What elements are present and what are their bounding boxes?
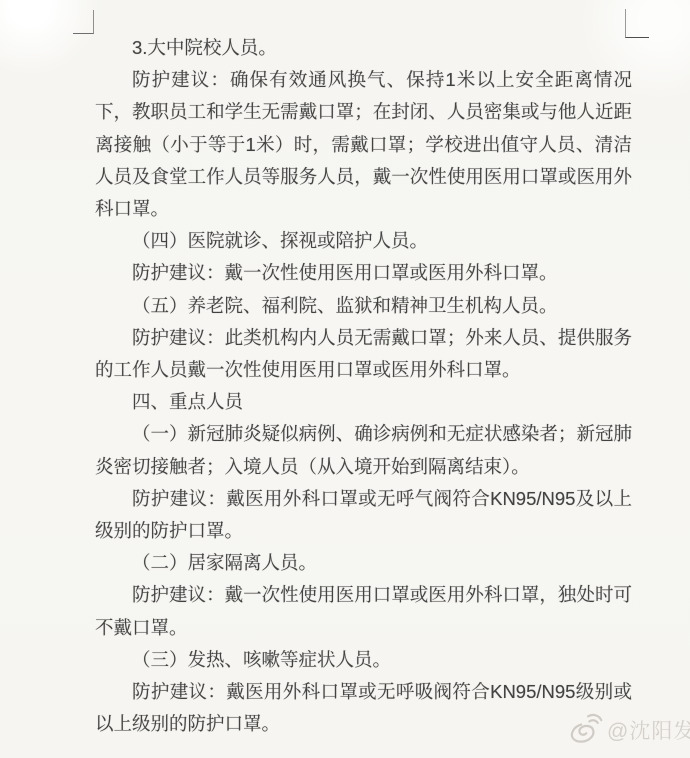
document-page: 3.大中院校人员。 防护建议：确保有效通风换气、保持1米以上安全距离情况下，教职… bbox=[0, 0, 690, 758]
item-3-symptomatic: （三）发热、咳嗽等症状人员。 bbox=[95, 644, 632, 676]
watermark-text: @沈阳发布 bbox=[607, 715, 690, 745]
document-text: 3.大中院校人员。 防护建议：确保有效通风换气、保持1米以上安全距离情况下，教职… bbox=[95, 32, 632, 740]
advice-covid-cases: 防护建议：戴医用外科口罩或无呼气阀符合KN95/N95及以上级别的防护口罩。 bbox=[95, 483, 632, 547]
item-1-covid-cases: （一）新冠肺炎疑似病例、确诊病例和无症状感染者；新冠肺炎密切接触者；入境人员（从… bbox=[95, 418, 632, 482]
watermark: @沈阳发布 bbox=[568, 714, 690, 746]
weibo-icon bbox=[566, 712, 606, 749]
advice-welfare-institutions: 防护建议：此类机构内人员无需戴口罩；外来人员、提供服务的工作人员戴一次性使用医用… bbox=[95, 322, 632, 386]
item-3-colleges: 3.大中院校人员。 bbox=[95, 32, 632, 64]
advice-home-quarantine: 防护建议：戴一次性使用医用口罩或医用外科口罩，独处时可不戴口罩。 bbox=[95, 579, 632, 643]
item-5-welfare-institutions: （五）养老院、福利院、监狱和精神卫生机构人员。 bbox=[95, 290, 632, 322]
advice-symptomatic: 防护建议：戴医用外科口罩或无呼吸阀符合KN95/N95级别或以上级别的防护口罩。 bbox=[95, 676, 632, 740]
text-boundary-mark-top-left bbox=[73, 10, 94, 34]
item-4-hospital-visitors: （四）医院就诊、探视或陪护人员。 bbox=[95, 225, 632, 257]
section-four-key-persons: 四、重点人员 bbox=[95, 386, 632, 418]
advice-colleges: 防护建议：确保有效通风换气、保持1米以上安全距离情况下，教职员工和学生无需戴口罩… bbox=[95, 64, 632, 225]
item-2-home-quarantine: （二）居家隔离人员。 bbox=[95, 547, 632, 579]
advice-hospital-visitors: 防护建议：戴一次性使用医用口罩或医用外科口罩。 bbox=[95, 257, 632, 289]
